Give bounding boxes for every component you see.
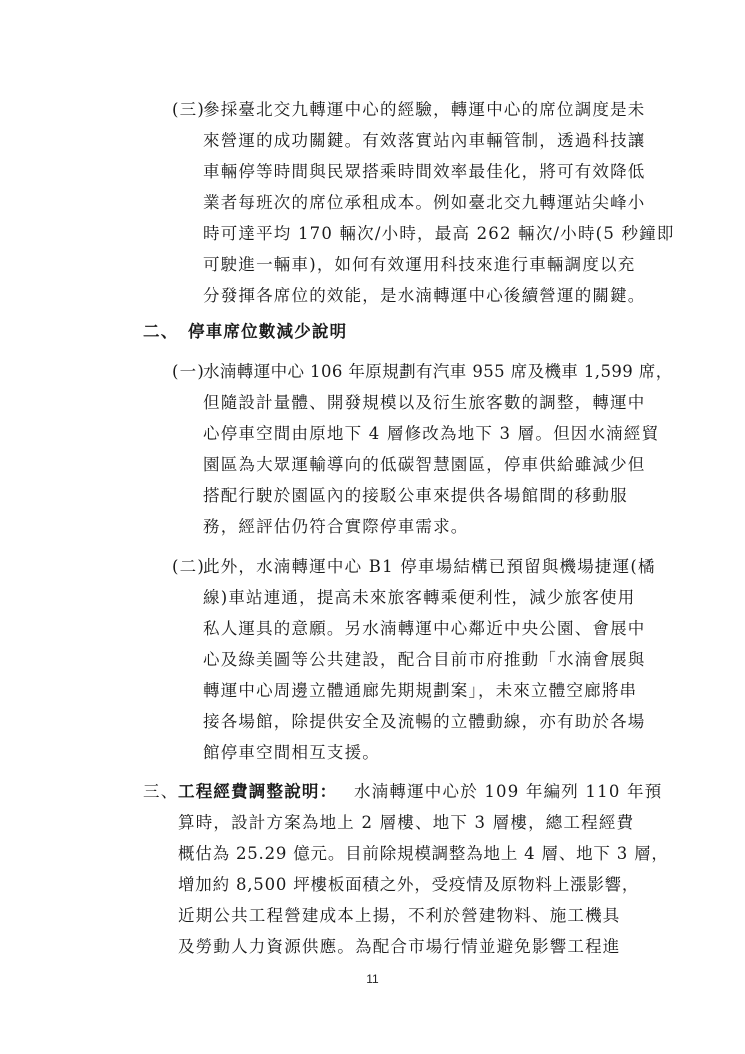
text-line: 近期公共工程營建成本上揚，不利於營建物料、施工機具 xyxy=(178,906,621,926)
text-line: 來營運的成功關鍵。有效落實站內車輛管制，透過科技讓 xyxy=(203,131,646,151)
text-line: 心及綠美圖等公共建設，配合目前市府推動「水湳會展與 xyxy=(203,650,646,670)
text-line: 參採臺北交九轉運中心的經驗，轉運中心的席位調度是未 xyxy=(203,100,646,120)
text-line: 心停車空間由原地下 4 層修改為地下 3 層。但因水湳經貿 xyxy=(203,424,659,444)
text-line: 轉運中心周邊立體通廊先期規劃案」，未來立體空廊將串 xyxy=(203,681,637,701)
text-line: 私人運具的意願。另水湳轉運中心鄰近中央公園、會展中 xyxy=(203,619,646,639)
item-marker: (二) xyxy=(172,557,205,577)
text-line: 時可達平均 170 輛次/小時，最高 262 輛次/小時(5 秒鐘即 xyxy=(203,224,675,244)
section-marker: 二、 xyxy=(143,322,178,342)
text-line: 可駛進一輛車)，如何有效運用科技來進行車輛調度以充 xyxy=(203,255,635,275)
text-line: 務，經評估仍符合實際停車需求。 xyxy=(203,517,469,537)
page-number: 11 xyxy=(0,972,745,986)
item-marker: (三) xyxy=(172,100,205,120)
text-line: 分發揮各席位的效能，是水湳轉運中心後續營運的關鍵。 xyxy=(203,286,646,306)
text-line: 水湳轉運中心於 109 年編列 110 年預 xyxy=(354,782,662,802)
text-line: 但隨設計量體、開發規模以及衍生旅客數的調整，轉運中 xyxy=(203,393,646,413)
text-line: 館停車空間相互支援。 xyxy=(203,743,380,763)
text-line: 接各場館，除提供安全及流暢的立體動線，亦有助於各場 xyxy=(203,712,646,732)
text-line: 業者每班次的席位承租成本。例如臺北交九轉運站尖峰小 xyxy=(203,193,646,213)
text-line: 及勞動人力資源供應。為配合市場行情並避免影響工程進 xyxy=(178,937,621,957)
text-line: 線)車站連通，提高未來旅客轉乘便利性，減少旅客使用 xyxy=(203,588,635,608)
text-line: 車輛停等時間與民眾搭乘時間效率最佳化，將可有效降低 xyxy=(203,162,646,182)
section-marker: 三、 xyxy=(143,782,178,802)
text-line: 水湳轉運中心 106 年原規劃有汽車 955 席及機車 1,599 席， xyxy=(203,362,673,382)
text-line: 此外，水湳轉運中心 B1 停車場結構已預留與機場捷運(橘 xyxy=(203,557,656,577)
text-line: 搭配行駛於園區內的接駁公車來提供各場館間的移動服 xyxy=(203,486,628,506)
text-line: 增加約 8,500 坪樓板面積之外，受疫情及原物料上漲影響， xyxy=(178,875,639,895)
text-line: 園區為大眾運輸導向的低碳智慧園區，停車供給雖減少但 xyxy=(203,455,646,475)
section-heading: 工程經費調整說明： xyxy=(178,782,337,802)
text-line: 概估為 25.29 億元。目前除規模調整為地上 4 層、地下 3 層， xyxy=(178,844,669,864)
section-heading: 停車席位數減少說明 xyxy=(188,322,347,342)
text-line: 算時，設計方案為地上 2 層樓、地下 3 層樓，總工程經費 xyxy=(178,813,634,833)
item-marker: (一) xyxy=(172,362,205,382)
